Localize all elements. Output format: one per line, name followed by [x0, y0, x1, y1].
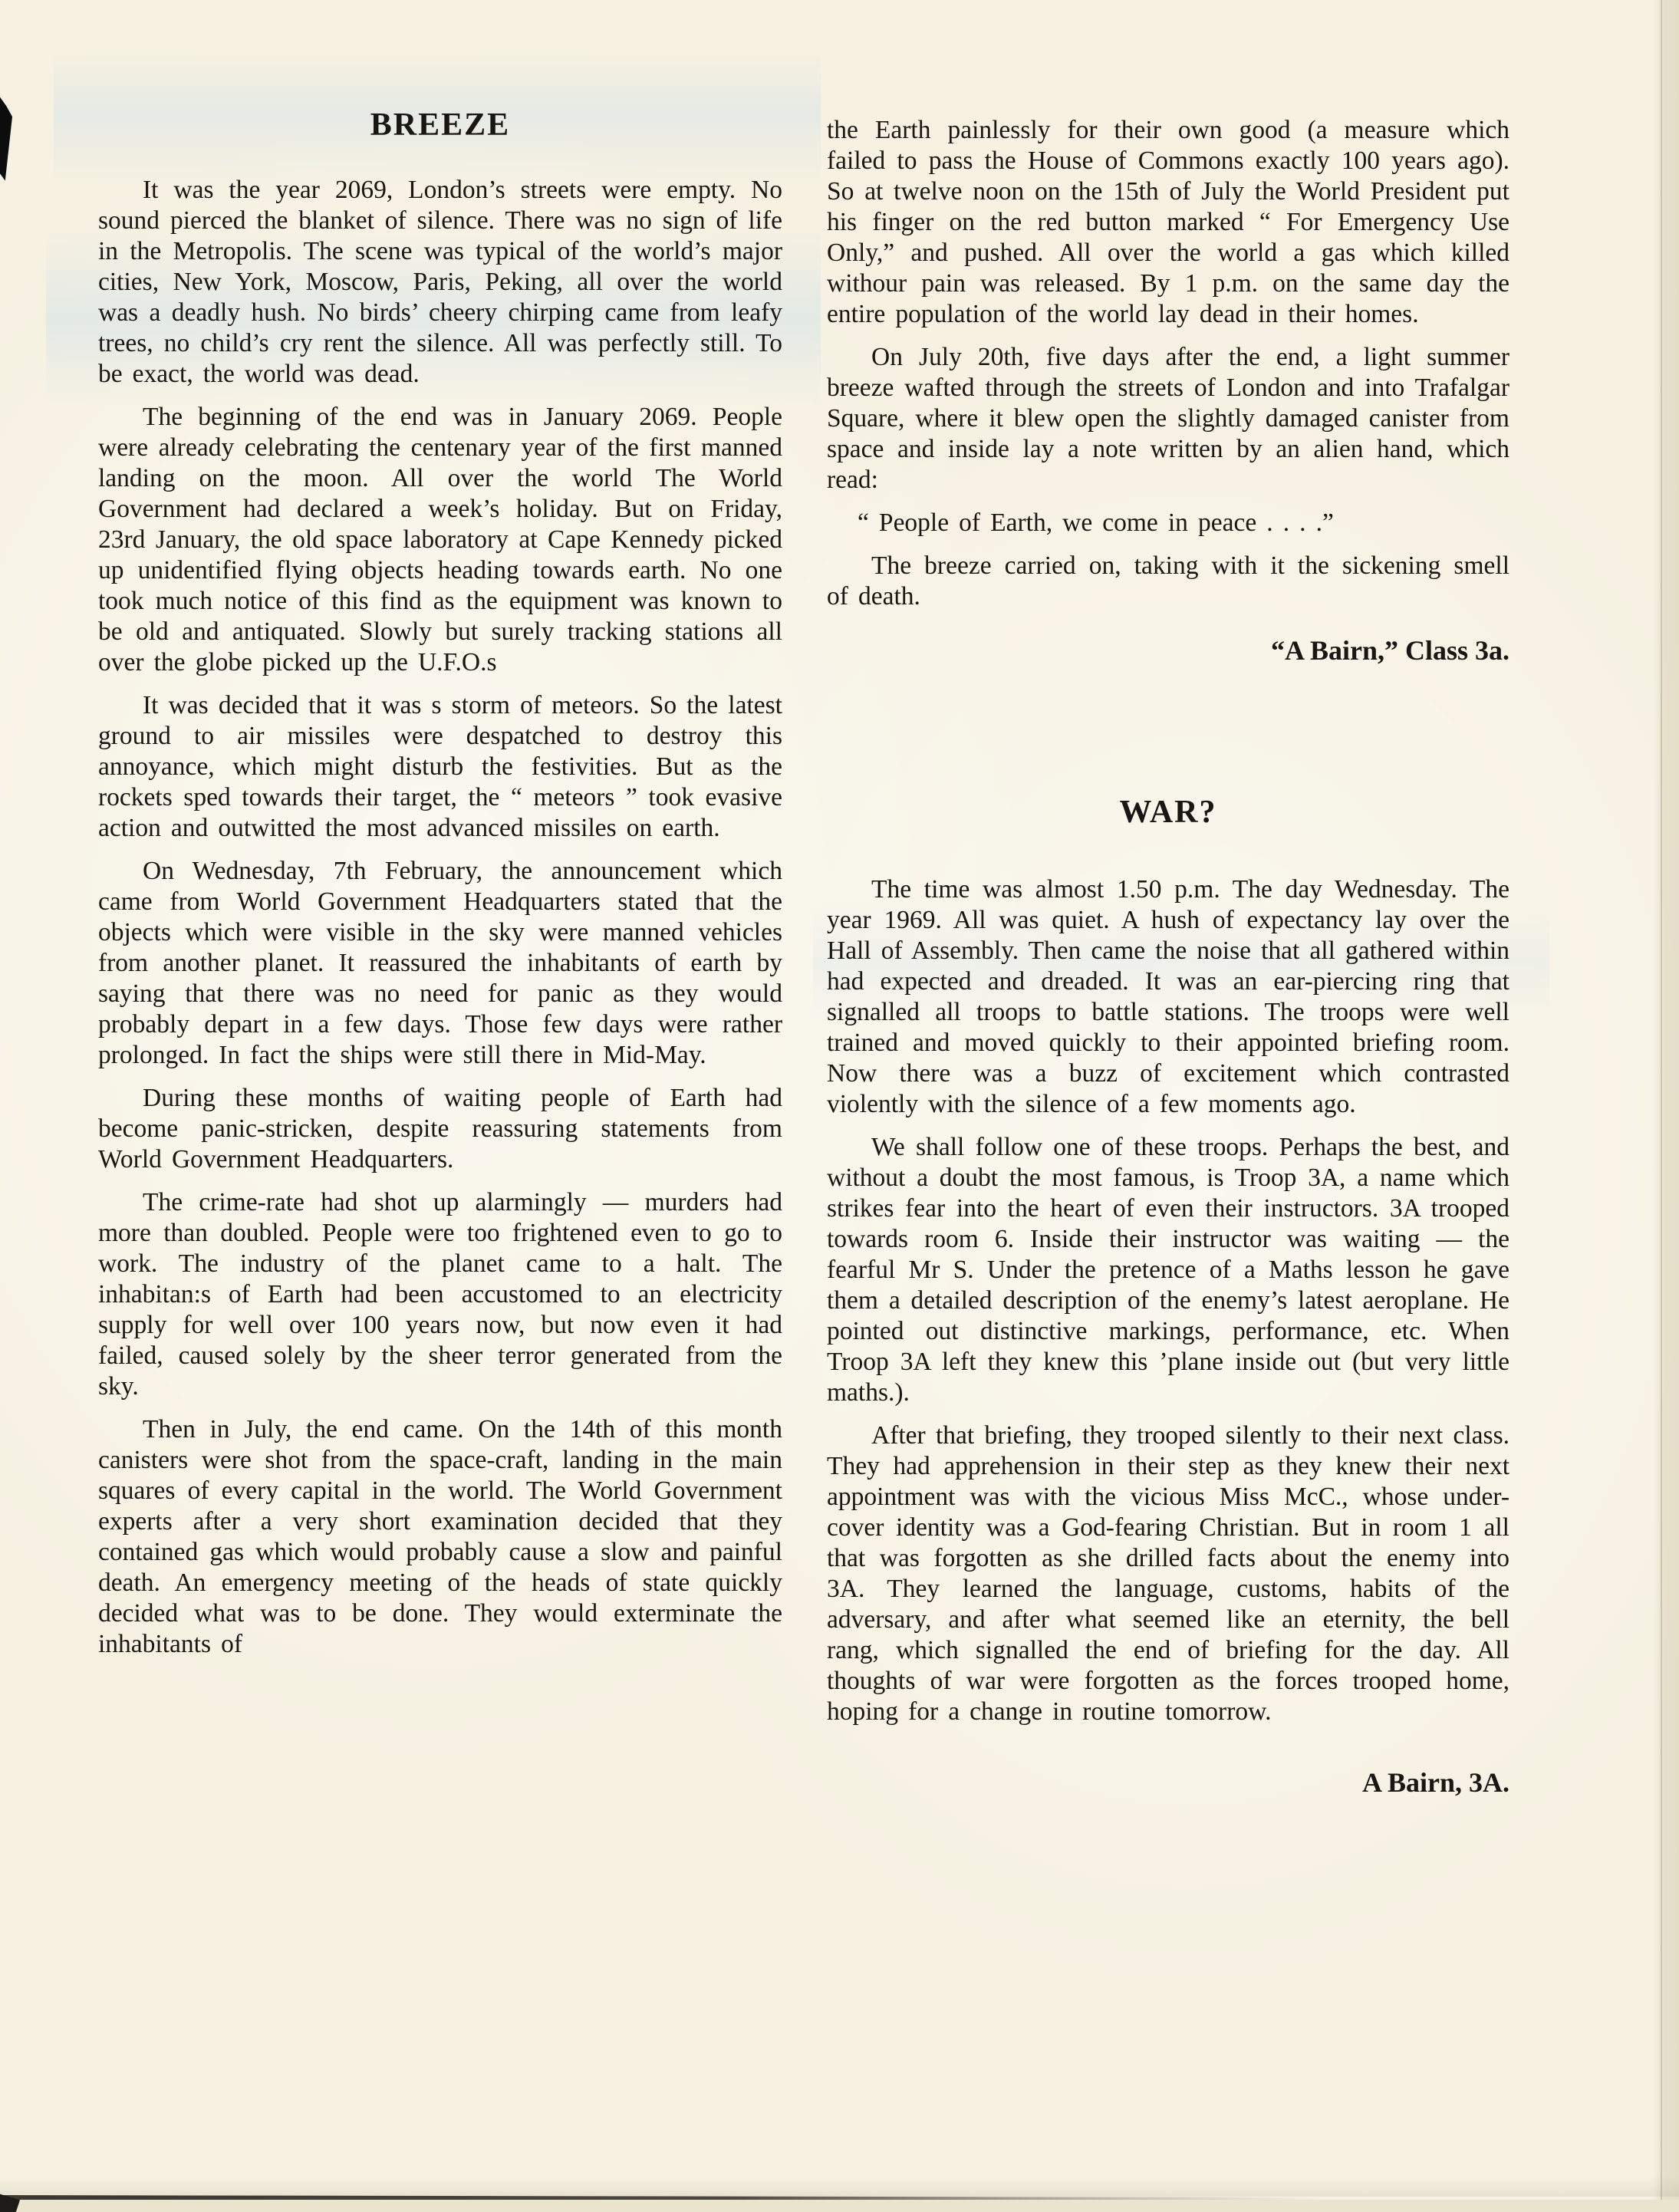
breeze-paragraph: During these months of waiting people of…: [98, 1083, 782, 1175]
war-paragraph: After that briefing, they trooped silent…: [827, 1420, 1509, 1727]
breeze-paragraph: On Wednesday, 7th February, the announce…: [98, 856, 782, 1071]
breeze-paragraph: The breeze carried on, taking with it th…: [827, 551, 1509, 612]
breeze-paragraph: Then in July, the end came. On the 14th …: [98, 1414, 782, 1660]
breeze-paragraph: On July 20th, five days after the end, a…: [827, 342, 1509, 495]
right-column: the Earth painlessly for their own good …: [827, 115, 1509, 1798]
breeze-paragraph: The crime-rate had shot up alarmingly — …: [98, 1187, 782, 1402]
page-bottom-edge: [0, 2200, 1679, 2212]
breeze-paragraph: It was decided that it was s storm of me…: [98, 690, 782, 844]
page-edge-crease: [1661, 0, 1662, 2212]
breeze-paragraph: It was the year 2069, London’s streets w…: [98, 175, 782, 390]
breeze-signature: “A Bairn,” Class 3a.: [827, 635, 1509, 666]
page-bottom-shadow: [0, 2175, 1679, 2197]
left-column: BREEZE It was the year 2069, London’s st…: [98, 107, 782, 1660]
war-paragraph: We shall follow one of these troops. Per…: [827, 1132, 1509, 1408]
war-paragraph: The time was almost 1.50 p.m. The day We…: [827, 874, 1509, 1120]
breeze-paragraph: The beginning of the end was in January …: [98, 402, 782, 678]
page-edge-shading: [1653, 0, 1679, 2212]
magazine-page: BREEZE It was the year 2069, London’s st…: [0, 0, 1679, 2212]
breeze-title: BREEZE: [98, 107, 782, 143]
war-signature: A Bairn, 3A.: [827, 1767, 1509, 1798]
scan-edge-mark: [0, 94, 12, 183]
war-title: WAR?: [827, 795, 1509, 830]
alien-note-quote: “ People of Earth, we come in peace . . …: [827, 508, 1509, 538]
breeze-continuation-paragraph: the Earth painlessly for their own good …: [827, 115, 1509, 330]
